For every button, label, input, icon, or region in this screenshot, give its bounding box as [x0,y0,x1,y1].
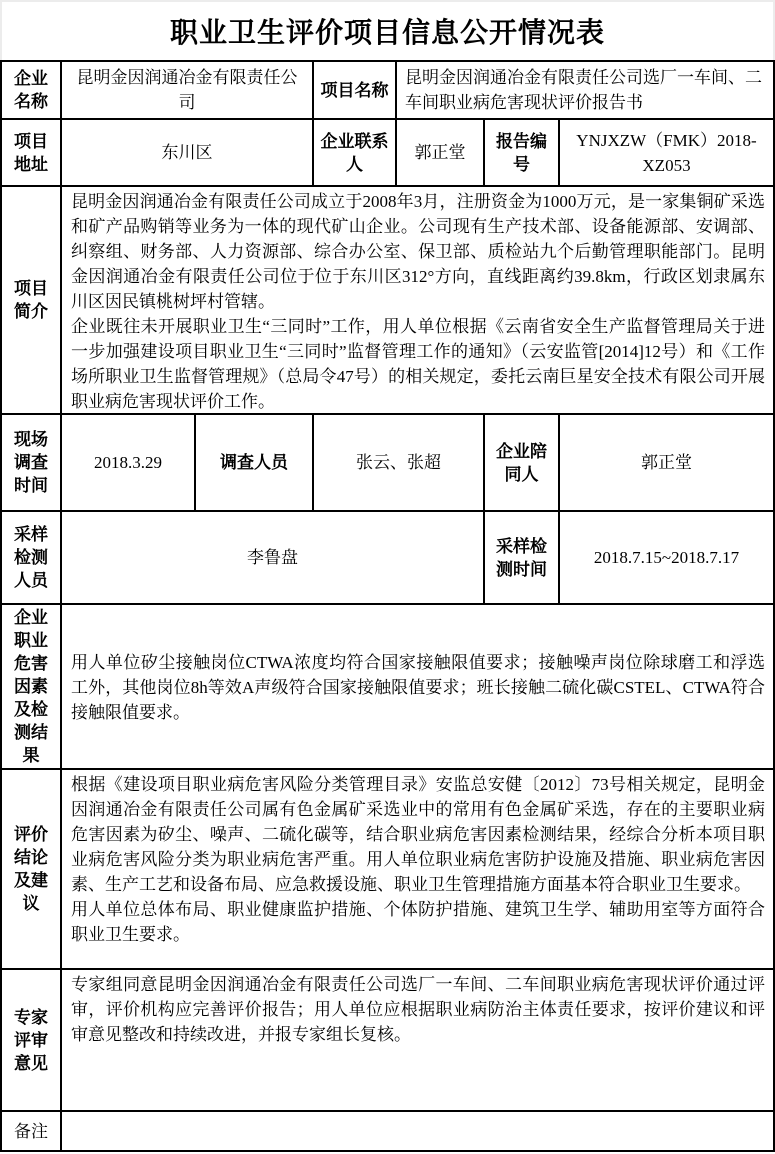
page-title: 职业卫生评价项目信息公开情况表 [170,11,605,51]
project-intro-paragraph-1: 昆明金因润通冶金有限责任公司成立于2008年3月，注册资金为1000万元，是一家… [71,189,765,314]
expert-opinion-label: 专家评审意见 [2,970,62,1112]
escort-value: 郭正堂 [560,415,775,512]
document-title-row: 职业卫生评价项目信息公开情况表 [0,2,775,60]
remark-label: 备注 [2,1112,62,1152]
report-number-value: YNJXZW（FMK）2018-XZ053 [560,120,775,187]
company-name-label: 企业名称 [2,62,62,120]
expert-opinion-content: 专家组同意昆明金因润通冶金有限责任公司选厂一车间、二车间职业病危害现状评价通过评… [62,970,775,1112]
project-name-label: 项目名称 [314,62,397,120]
conclusion-paragraph-2: 用人单位总体布局、职业健康监护措施、个体防护措施、建筑卫生学、辅助用室等方面符合… [71,897,765,947]
report-number-label: 报告编号 [485,120,560,187]
company-name-value: 昆明金因润通冶金有限责任公司 [62,62,314,120]
sampling-time-label: 采样检测时间 [485,512,560,605]
project-intro-paragraph-2: 企业既往未开展职业卫生“三同时”工作，用人单位根据《云南省安全生产监督管理局关于… [71,314,765,414]
project-intro-content: 昆明金因润通冶金有限责任公司成立于2008年3月，注册资金为1000万元，是一家… [62,187,775,415]
project-address-value: 东川区 [62,120,314,187]
expert-opinion-paragraph: 专家组同意昆明金因润通冶金有限责任公司选厂一车间、二车间职业病危害现状评价通过评… [71,972,765,1047]
remark-value [62,1112,775,1152]
project-address-label: 项目地址 [2,120,62,187]
info-table: 企业名称 昆明金因润通冶金有限责任公司 项目名称 昆明金因润通冶金有限责任公司选… [0,60,775,1152]
survey-time-value: 2018.3.29 [62,415,196,512]
company-contact-label: 企业联系人 [314,120,397,187]
surveyors-label: 调查人员 [196,415,314,512]
project-intro-label: 项目简介 [2,187,62,415]
sampler-value: 李鲁盘 [62,512,485,605]
hazards-paragraph: 用人单位矽尘接触岗位CTWA浓度均符合国家接触限值要求；接触噪声岗位除球磨工和浮… [71,650,765,725]
conclusion-paragraph-1: 根据《建设项目职业病危害风险分类管理目录》安监总安健〔2012〕73号相关规定，… [71,772,765,897]
escort-label: 企业陪同人 [485,415,560,512]
hazards-content: 用人单位矽尘接触岗位CTWA浓度均符合国家接触限值要求；接触噪声岗位除球磨工和浮… [62,605,775,770]
company-contact-value: 郭正堂 [397,120,485,187]
sampling-time-value: 2018.7.15~2018.7.17 [560,512,775,605]
hazards-label: 企业职业危害因素及检测结果 [2,605,62,770]
conclusion-content: 根据《建设项目职业病危害风险分类管理目录》安监总安健〔2012〕73号相关规定，… [62,770,775,970]
conclusion-label: 评价结论及建议 [2,770,62,970]
sampler-label: 采样检测人员 [2,512,62,605]
surveyors-value: 张云、张超 [314,415,485,512]
survey-time-label: 现场调查时间 [2,415,62,512]
project-name-value: 昆明金因润通冶金有限责任公司选厂一车间、二车间职业病危害现状评价报告书 [397,62,775,120]
document-page: 职业卫生评价项目信息公开情况表 企业名称 昆明金因润通冶金有限责任公司 项目名称… [0,0,775,1154]
